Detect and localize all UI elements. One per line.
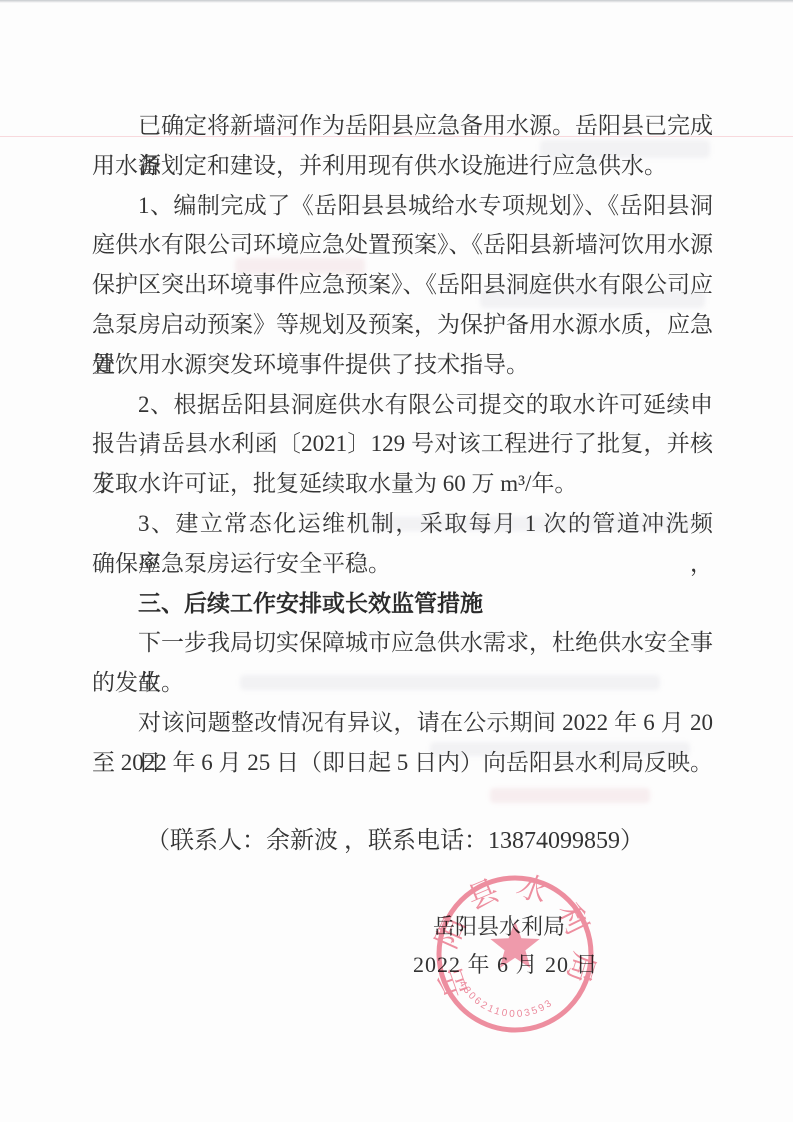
contact-line: （联系人：余新波 ，联系电话：13874099859）: [146, 822, 644, 862]
page-scan-edge: [0, 0, 793, 3]
text-line: 了取水许可证，批复延续取水量为 60 万 m³/年。: [92, 464, 713, 504]
text-line: 下一步我局切实保障城市应急供水需求，杜绝供水安全事故: [92, 623, 713, 663]
section-heading: 三、后续工作安排或长效监管措施: [92, 584, 713, 624]
text-line: 报告，岳县水利函〔2021〕129 号对该工程进行了批复，并核发: [92, 424, 713, 464]
text-line: 的发生。: [92, 663, 713, 703]
text-line: 已确定将新墙河作为岳阳县应急备用水源。岳阳县已完成备: [92, 106, 713, 146]
text-line: 急泵房启动预案》等规划及预案，为保护备用水源水质，应急处: [92, 305, 713, 345]
text-line: 用水源划定和建设，并利用现有供水设施进行应急供水。: [92, 146, 713, 186]
document-body: 已确定将新墙河作为岳阳县应急备用水源。岳阳县已完成备用水源划定和建设，并利用现有…: [92, 106, 713, 783]
text-line: 2、根据岳阳县洞庭供水有限公司提交的取水许可延续申请: [92, 385, 713, 425]
text-line: 庭供水有限公司环境应急处置预案》、《岳阳县新墙河饮用水源: [92, 225, 713, 265]
signature-org: 岳阳县水利局: [433, 913, 563, 941]
text-line: 1、编制完成了《岳阳县县城给水专项规划》、《岳阳县洞: [92, 186, 713, 226]
scanned-document-page: 已确定将新墙河作为岳阳县应急备用水源。岳阳县已完成备用水源划定和建设，并利用现有…: [0, 0, 793, 1122]
text-line: 置饮用水源突发环境事件提供了技术指导。: [92, 345, 713, 385]
seal-serial-number: 43062110003593: [456, 979, 555, 1020]
text-line: 至 2022 年 6 月 25 日（即日起 5 日内）向岳阳县水利局反映。: [92, 743, 713, 783]
text-line: 3、建立常态化运维机制，采取每月 1 次的管道冲洗频率，: [92, 504, 713, 544]
text-line: 保护区突出环境事件应急预案》、《岳阳县洞庭供水有限公司应: [92, 265, 713, 305]
bleedthrough-artifact: [490, 788, 650, 803]
text-line: 对该问题整改情况有异议，请在公示期间 2022 年 6 月 20 日: [92, 703, 713, 743]
signature-date: 2022 年 6 月 20 日: [413, 951, 593, 979]
